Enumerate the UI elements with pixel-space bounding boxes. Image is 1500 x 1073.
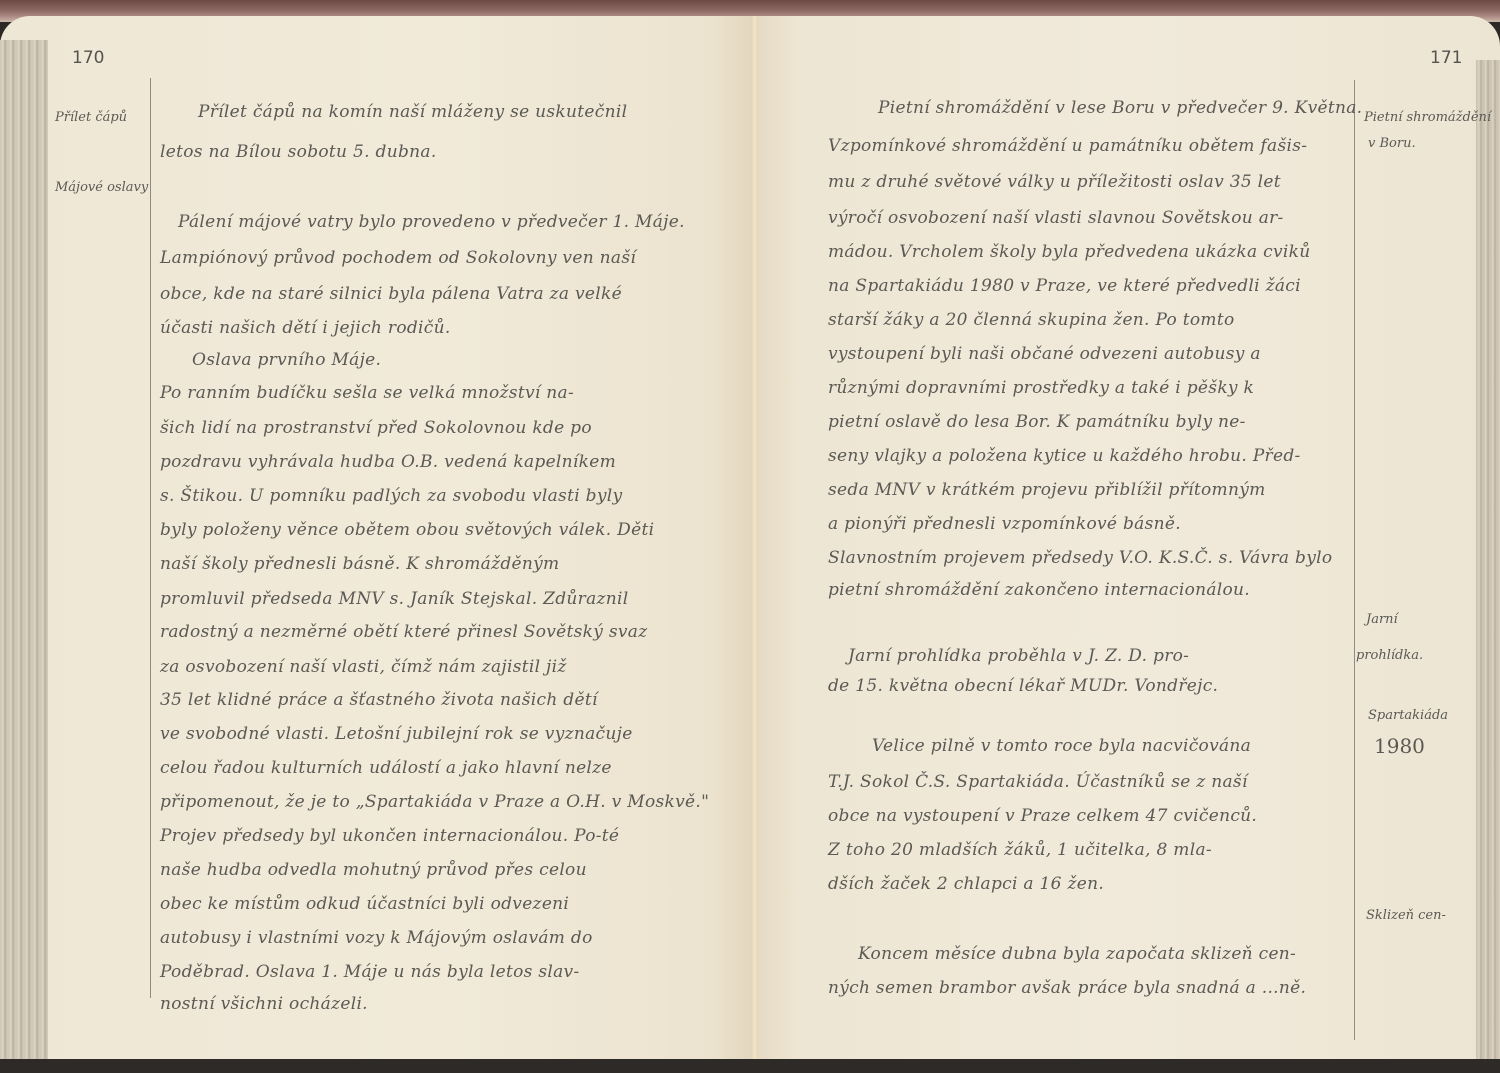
margin-note-spartakiada: Spartakiáda (1368, 708, 1448, 723)
text-line: Poděbrad. Oslava 1. Máje u nás byla leto… (160, 962, 580, 982)
text-line: s. Štikou. U pomníku padlých za svobodu … (160, 486, 622, 506)
text-line: dších žaček 2 chlapci a 16 žen. (828, 874, 1104, 894)
book-bottom-edge (0, 1059, 1500, 1073)
text-line: Projev předsedy byl ukončen internacioná… (160, 826, 619, 846)
text-line: Z toho 20 mladších žáků, 1 učitelka, 8 m… (828, 840, 1212, 860)
text-line: Po ranním budíčku sešla se velká množstv… (160, 383, 574, 403)
book-gutter (752, 16, 758, 1061)
text-line: Velice pilně v tomto roce byla nacvičová… (872, 736, 1251, 756)
text-line: Lampiónový průvod pochodem od Sokolovny … (160, 248, 636, 268)
text-line: pozdravu vyhrávala hudba O.B. vedená kap… (160, 452, 616, 472)
text-line: obec ke místům odkud účastníci byli odve… (160, 894, 569, 914)
text-line: seny vlajky a položena kytice u každého … (828, 446, 1301, 466)
text-line: výročí osvobození naší vlasti slavnou So… (828, 208, 1284, 228)
text-line: Vzpomínkové shromáždění u památníku obět… (828, 136, 1307, 156)
text-line: Jarní prohlídka proběhla v J. Z. D. pro- (848, 646, 1189, 666)
text-line: radostný a nezměrné obětí které přinesl … (160, 622, 648, 642)
margin-note-storks: Přílet čápů (55, 110, 127, 125)
right-page-stack (1476, 60, 1500, 1060)
text-line: naše hudba odvedla mohutný průvod přes c… (160, 860, 587, 880)
right-margin-rule (1354, 80, 1355, 1040)
text-line: de 15. května obecní lékař MUDr. Vondřej… (828, 676, 1218, 696)
left-page-stack (0, 40, 48, 1061)
section-heading: Oslava prvního Máje. (192, 350, 381, 370)
text-line: účasti našich dětí i jejich rodičů. (160, 318, 451, 338)
text-line: seda MNV v krátkém projevu přiblížil pří… (828, 480, 1266, 500)
text-line: naší školy přednesli básně. K shromážděn… (160, 554, 559, 574)
left-margin-rule (150, 78, 151, 998)
text-line: vystoupení byli naši občané odvezeni aut… (828, 344, 1261, 364)
text-line: byly položeny věnce obětem obou světovýc… (160, 520, 654, 540)
text-line: Přílet čápů na komín naší mláženy se usk… (198, 102, 627, 122)
margin-note-may-celebrations: Májové oslavy (55, 180, 148, 195)
text-line: nostní všichni ocházeli. (160, 994, 368, 1014)
text-line: ných semen brambor avšak práce byla snad… (828, 978, 1306, 998)
section-heading: Pietní shromáždění v lese Boru v předveč… (878, 98, 1362, 118)
text-line: promluvil předseda MNV s. Janík Stejskal… (160, 589, 629, 609)
text-line: pietní shromáždění zakončeno internacion… (828, 580, 1250, 600)
text-line: na Spartakiádu 1980 v Praze, ve které př… (828, 276, 1301, 296)
text-line: za osvobození naší vlasti, čímž nám zaji… (160, 657, 567, 677)
text-line: letos na Bílou sobotu 5. dubna. (160, 142, 437, 162)
text-line: mádou. Vrcholem školy byla předvedena uk… (828, 242, 1310, 262)
text-line: obce, kde na staré silnici byla pálena V… (160, 284, 622, 304)
margin-note-harvest: Sklizeň cen- (1366, 908, 1446, 923)
text-line: 35 let klidné práce a šťastného života n… (160, 690, 598, 710)
margin-note-year: 1980 (1374, 734, 1425, 758)
text-line: různými dopravními prostředky a také i p… (828, 378, 1254, 398)
margin-note-spring: Jarní (1366, 612, 1398, 627)
text-line: Slavnostním projevem předsedy V.O. K.S.Č… (828, 548, 1332, 568)
text-line: a pionýři přednesli vzpomínkové básně. (828, 514, 1181, 534)
margin-note-inspection: prohlídka. (1356, 648, 1423, 663)
text-line: celou řadou kulturních událostí a jako h… (160, 758, 612, 778)
text-line: T.J. Sokol Č.S. Spartakiáda. Účastníků s… (828, 772, 1248, 792)
text-line: Koncem měsíce dubna byla započata sklize… (858, 944, 1296, 964)
margin-note-memorial-place: v Boru. (1368, 136, 1416, 151)
text-line: obce na vystoupení v Praze celkem 47 cvi… (828, 806, 1257, 826)
left-page-number: 170 (72, 48, 104, 68)
text-line: pietní oslavě do lesa Bor. K památníku b… (828, 412, 1246, 432)
margin-note-memorial: Pietní shromáždění (1364, 110, 1491, 125)
text-line: starší žáky a 20 členná skupina žen. Po … (828, 310, 1235, 330)
text-line: Pálení májové vatry bylo provedeno v pře… (178, 212, 685, 232)
text-line: autobusy i vlastními vozy k Májovým osla… (160, 928, 593, 948)
text-line: mu z druhé světové války u příležitosti … (828, 172, 1281, 192)
text-line: ve svobodné vlasti. Letošní jubilejní ro… (160, 724, 633, 744)
text-line: šich lidí na prostranství před Sokolovno… (160, 418, 592, 438)
text-line: připomenout, že je to „Spartakiáda v Pra… (160, 792, 709, 812)
right-page-number: 171 (1430, 48, 1462, 68)
